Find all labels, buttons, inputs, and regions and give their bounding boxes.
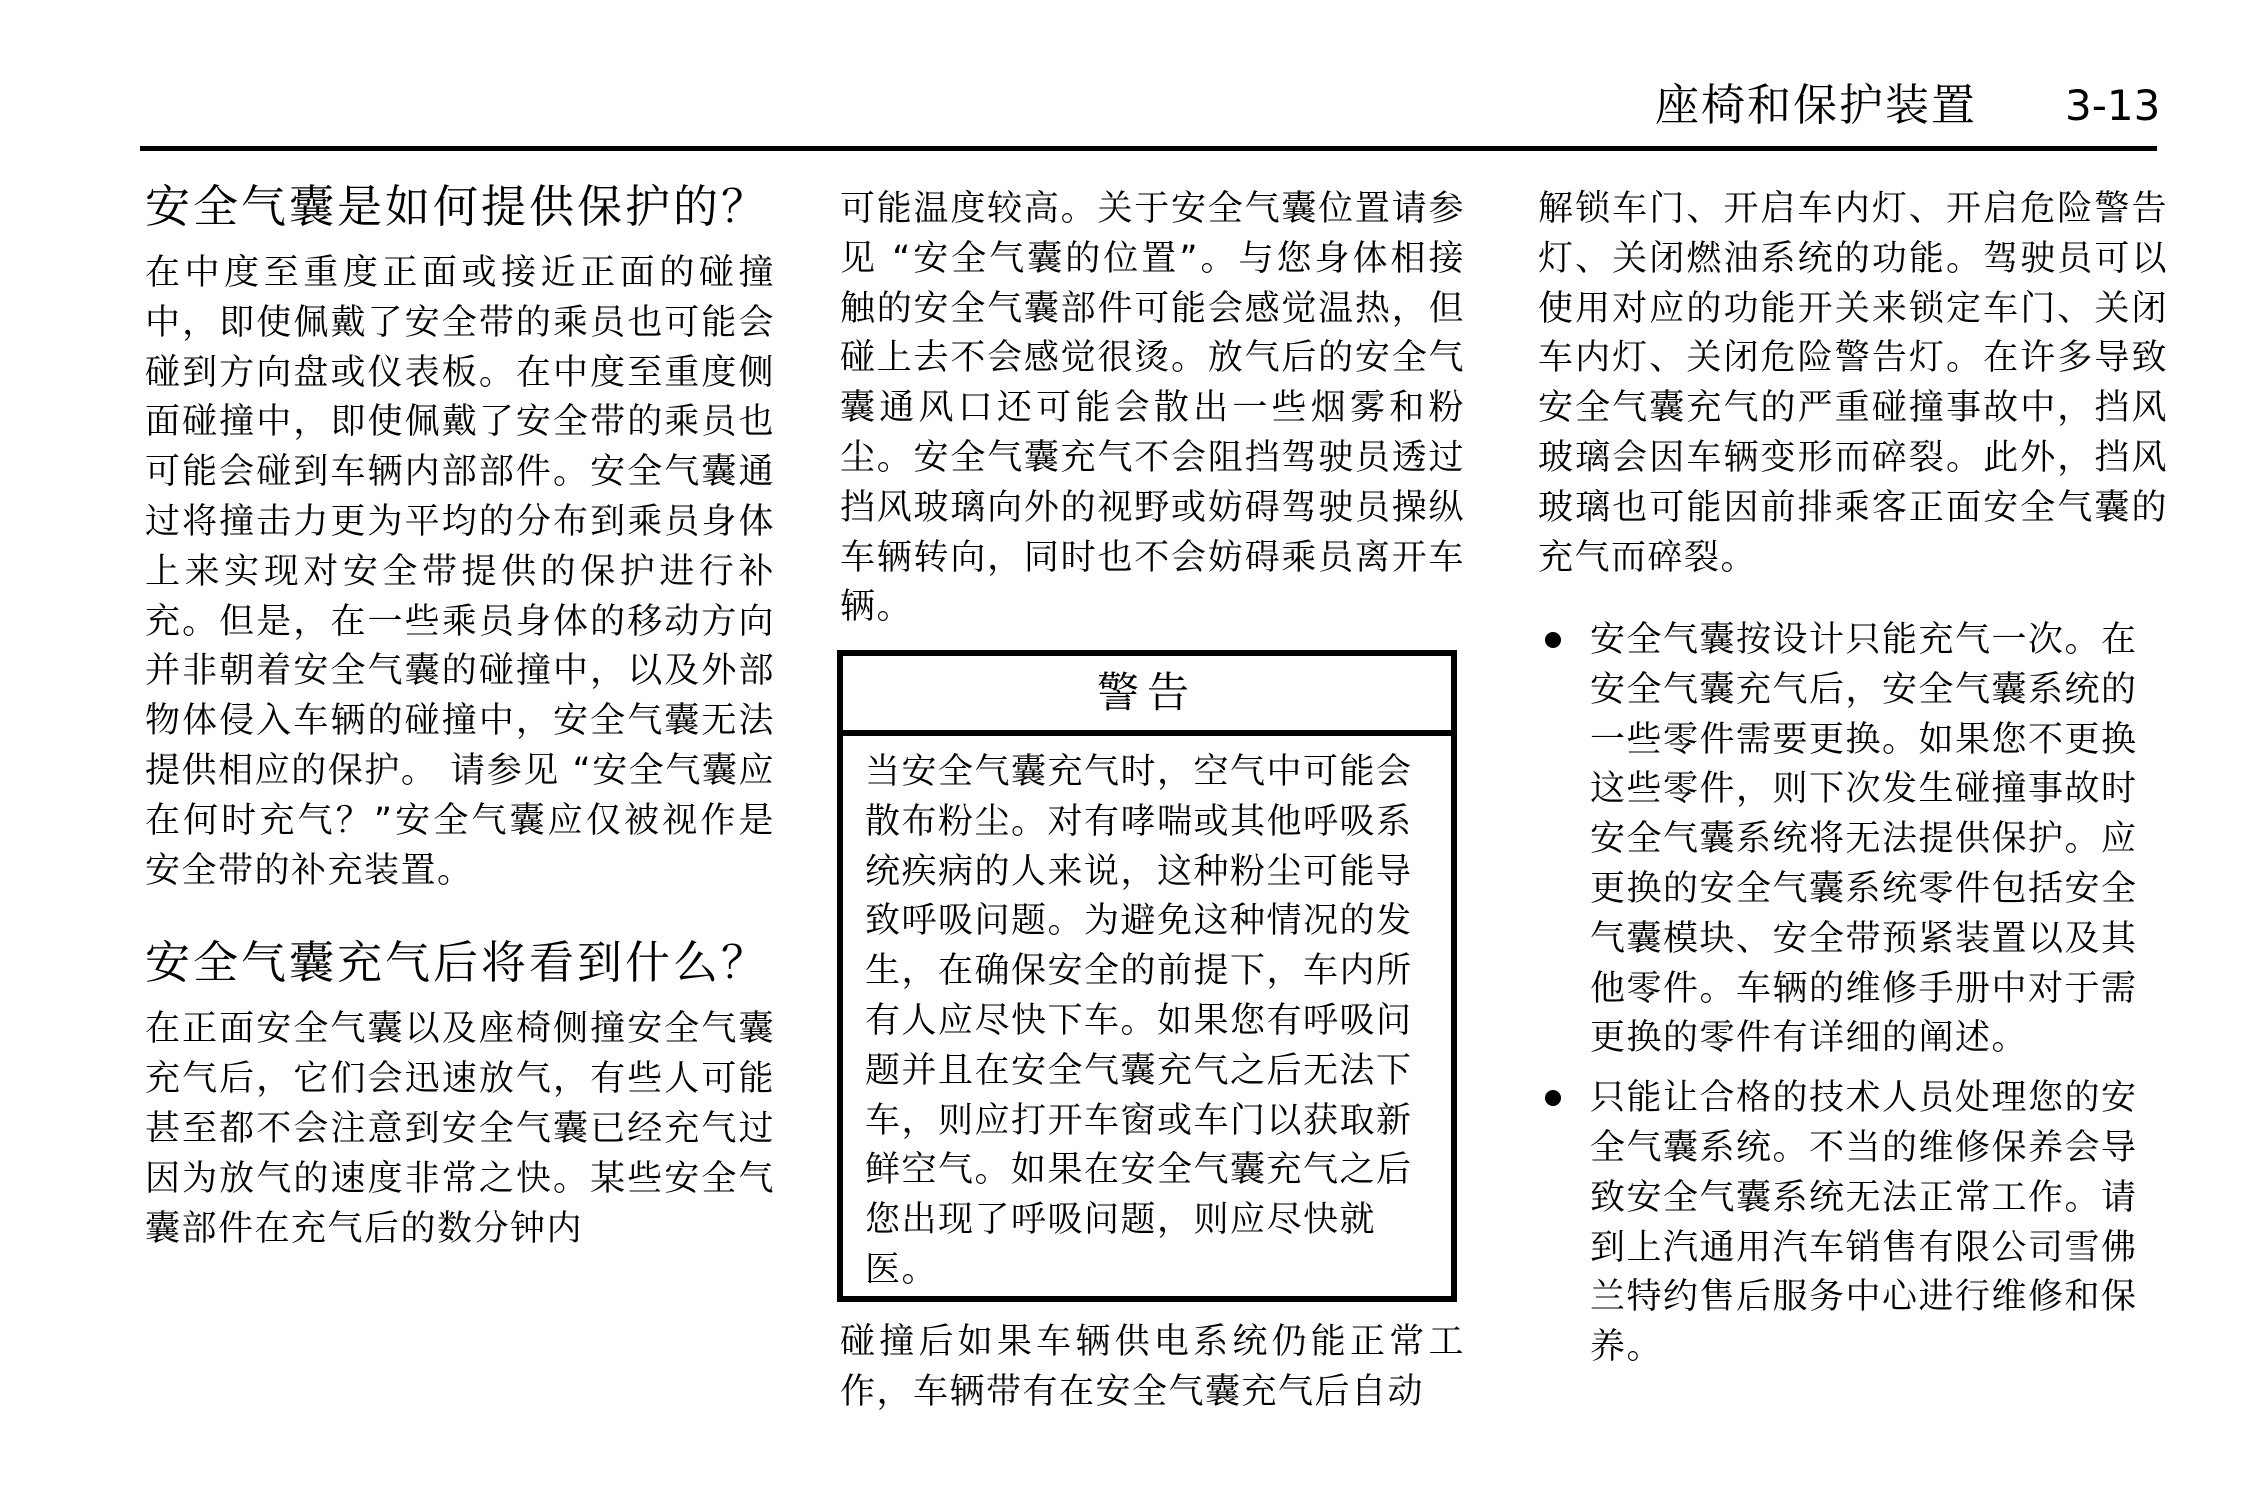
page-number: 3-13 <box>2065 78 2160 134</box>
paragraph-after-inflation: 在正面安全气囊以及座椅侧撞安全气囊充气后，它们会迅速放气，有些人可能甚至都不会注… <box>145 1005 775 1254</box>
warning-body: 当安全气囊充气时，空气中可能会散布粉尘。对有哮喘或其他呼吸系统疾病的人来说，这种… <box>843 736 1451 1296</box>
section-title: 座椅和保护装置 <box>1655 78 1977 134</box>
bullet-icon <box>1545 632 1561 648</box>
bullet-text: 安全气囊按设计只能充气一次。在安全气囊充气后，安全气囊系统的一些零件需要更换。如… <box>1590 616 2168 1064</box>
column-2-bottom: 碰撞后如果车辆供电系统仍能正常工作，车辆带有在安全气囊充气后自动 <box>840 1318 1465 1418</box>
header-divider <box>140 146 2157 151</box>
bullet-text: 只能让合格的技术人员处理您的安全气囊系统。不当的维修保养会导致安全气囊系统无法正… <box>1590 1074 2168 1373</box>
paragraph-airbag-temperature: 可能温度较高。关于安全气囊位置请参见 “安全气囊的位置”。与您身体相接触的安全气… <box>840 185 1465 633</box>
column-2-top: 可能温度较高。关于安全气囊位置请参见 “安全气囊的位置”。与您身体相接触的安全气… <box>840 185 1465 633</box>
paragraph-airbag-protection: 在中度至重度正面或接近正面的碰撞中，即使佩戴了安全带的乘员也可能会碰到方向盘或仪… <box>145 249 775 896</box>
paragraph-auto-unlock: 解锁车门、开启车内灯、开启危险警告灯、关闭燃油系统的功能。驾驶员可以使用对应的功… <box>1538 185 2168 583</box>
paragraph-power-system: 碰撞后如果车辆供电系统仍能正常工作，车辆带有在安全气囊充气后自动 <box>840 1318 1465 1418</box>
column-3-top: 解锁车门、开启车内灯、开启危险警告灯、关闭燃油系统的功能。驾驶员可以使用对应的功… <box>1538 185 2168 583</box>
list-item: 安全气囊按设计只能充气一次。在安全气囊充气后，安全气囊系统的一些零件需要更换。如… <box>1538 616 2168 1064</box>
bullet-icon <box>1545 1090 1561 1106</box>
column-1: 安全气囊是如何提供保护的？ 在中度至重度正面或接近正面的碰撞中，即使佩戴了安全带… <box>145 178 775 1254</box>
warning-box: 警告 当安全气囊充气时，空气中可能会散布粉尘。对有哮喘或其他呼吸系统疾病的人来说… <box>837 650 1457 1302</box>
heading-how-airbag-protects: 安全气囊是如何提供保护的？ <box>145 178 775 235</box>
list-item: 只能让合格的技术人员处理您的安全气囊系统。不当的维修保养会导致安全气囊系统无法正… <box>1538 1074 2168 1373</box>
bullet-list: 安全气囊按设计只能充气一次。在安全气囊充气后，安全气囊系统的一些零件需要更换。如… <box>1538 616 2168 1383</box>
heading-after-inflation: 安全气囊充气后将看到什么？ <box>145 934 775 991</box>
warning-title: 警告 <box>843 656 1451 736</box>
